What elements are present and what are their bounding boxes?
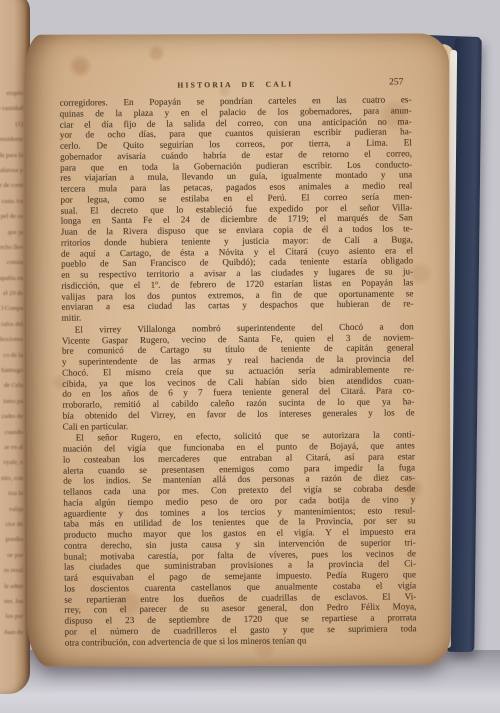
previous-page-fragment: presidente	[0, 136, 23, 143]
previous-page-fragment: le admi	[0, 583, 23, 590]
paragraph: El señor Rugero, en efecto, solicitó que…	[63, 430, 417, 648]
previous-page-fragment: er de corte	[0, 182, 23, 189]
previous-page-fragment: oe por	[0, 552, 23, 559]
paragraph: corregidores. En Popayán se pondrían car…	[59, 94, 413, 323]
previous-page-fragment: oyale, e	[0, 459, 23, 466]
paragraph: El virrey Villalonga nombró superintende…	[62, 321, 415, 432]
book-page: HISTORIA DE CALI 257 corregidores. En Po…	[25, 33, 451, 666]
previous-page-fragment: nito, con	[0, 475, 23, 482]
previous-page-fragment: erupfo	[0, 90, 23, 97]
previous-page-fragment: pel de su	[0, 213, 23, 220]
page-header-title: HISTORIA DE CALI	[59, 78, 411, 92]
previous-page-fragment: es resul	[0, 567, 23, 574]
previous-page-fragment: echo llev	[0, 244, 23, 251]
previous-page-fragment: cuando	[0, 429, 23, 436]
previous-page-fragment: Juan de	[0, 629, 23, 636]
previous-page-fragment: l Compa	[0, 305, 23, 312]
previous-page-fragment: lecciones	[0, 336, 23, 343]
previous-page-fragment: (1)	[0, 121, 23, 128]
page-text-block: HISTORIA DE CALI 257 corregidores. En Po…	[59, 78, 416, 649]
previous-page-fragment: de Cela	[0, 382, 23, 389]
previous-page-fragment: co de la	[0, 352, 23, 359]
previous-page-fragment: calurosa y	[0, 167, 23, 174]
page-body: corregidores. En Popayán se pondrían car…	[59, 94, 416, 648]
previous-page-fragment: ista la	[0, 490, 23, 497]
previous-page-fragment: cades de	[0, 413, 23, 420]
previous-page-fragment: ctor de	[0, 521, 23, 528]
previous-page-fragment: pondio	[0, 536, 23, 543]
previous-page-fragment: ismo pa	[0, 398, 23, 405]
previous-page-fragment: los por	[0, 613, 23, 620]
book-photo-scene: erupfoy castidad(1)presidenteda para lac…	[0, 0, 500, 713]
previous-page-fragment: casta An	[0, 198, 23, 205]
page-number: 257	[389, 77, 403, 88]
previous-page-fragment: da para la	[0, 152, 23, 159]
previous-page-fragment: mpañía en	[0, 275, 23, 282]
previous-page-fragment: nes. los	[0, 598, 23, 605]
previous-page-fragment: valija	[0, 506, 23, 513]
previous-page-fragment: rafos del	[0, 321, 23, 328]
previous-page-fragment: el 29 de	[0, 290, 23, 297]
previous-page-fragment: consta	[0, 259, 23, 266]
previous-page-fragment: que ja	[0, 229, 23, 236]
running-head: HISTORIA DE CALI 257	[59, 78, 411, 93]
previous-page-fragment: Santiago	[0, 367, 23, 374]
previous-page-fragment: y castidad	[0, 105, 23, 112]
previous-page-fragment: ar en al	[0, 444, 23, 451]
